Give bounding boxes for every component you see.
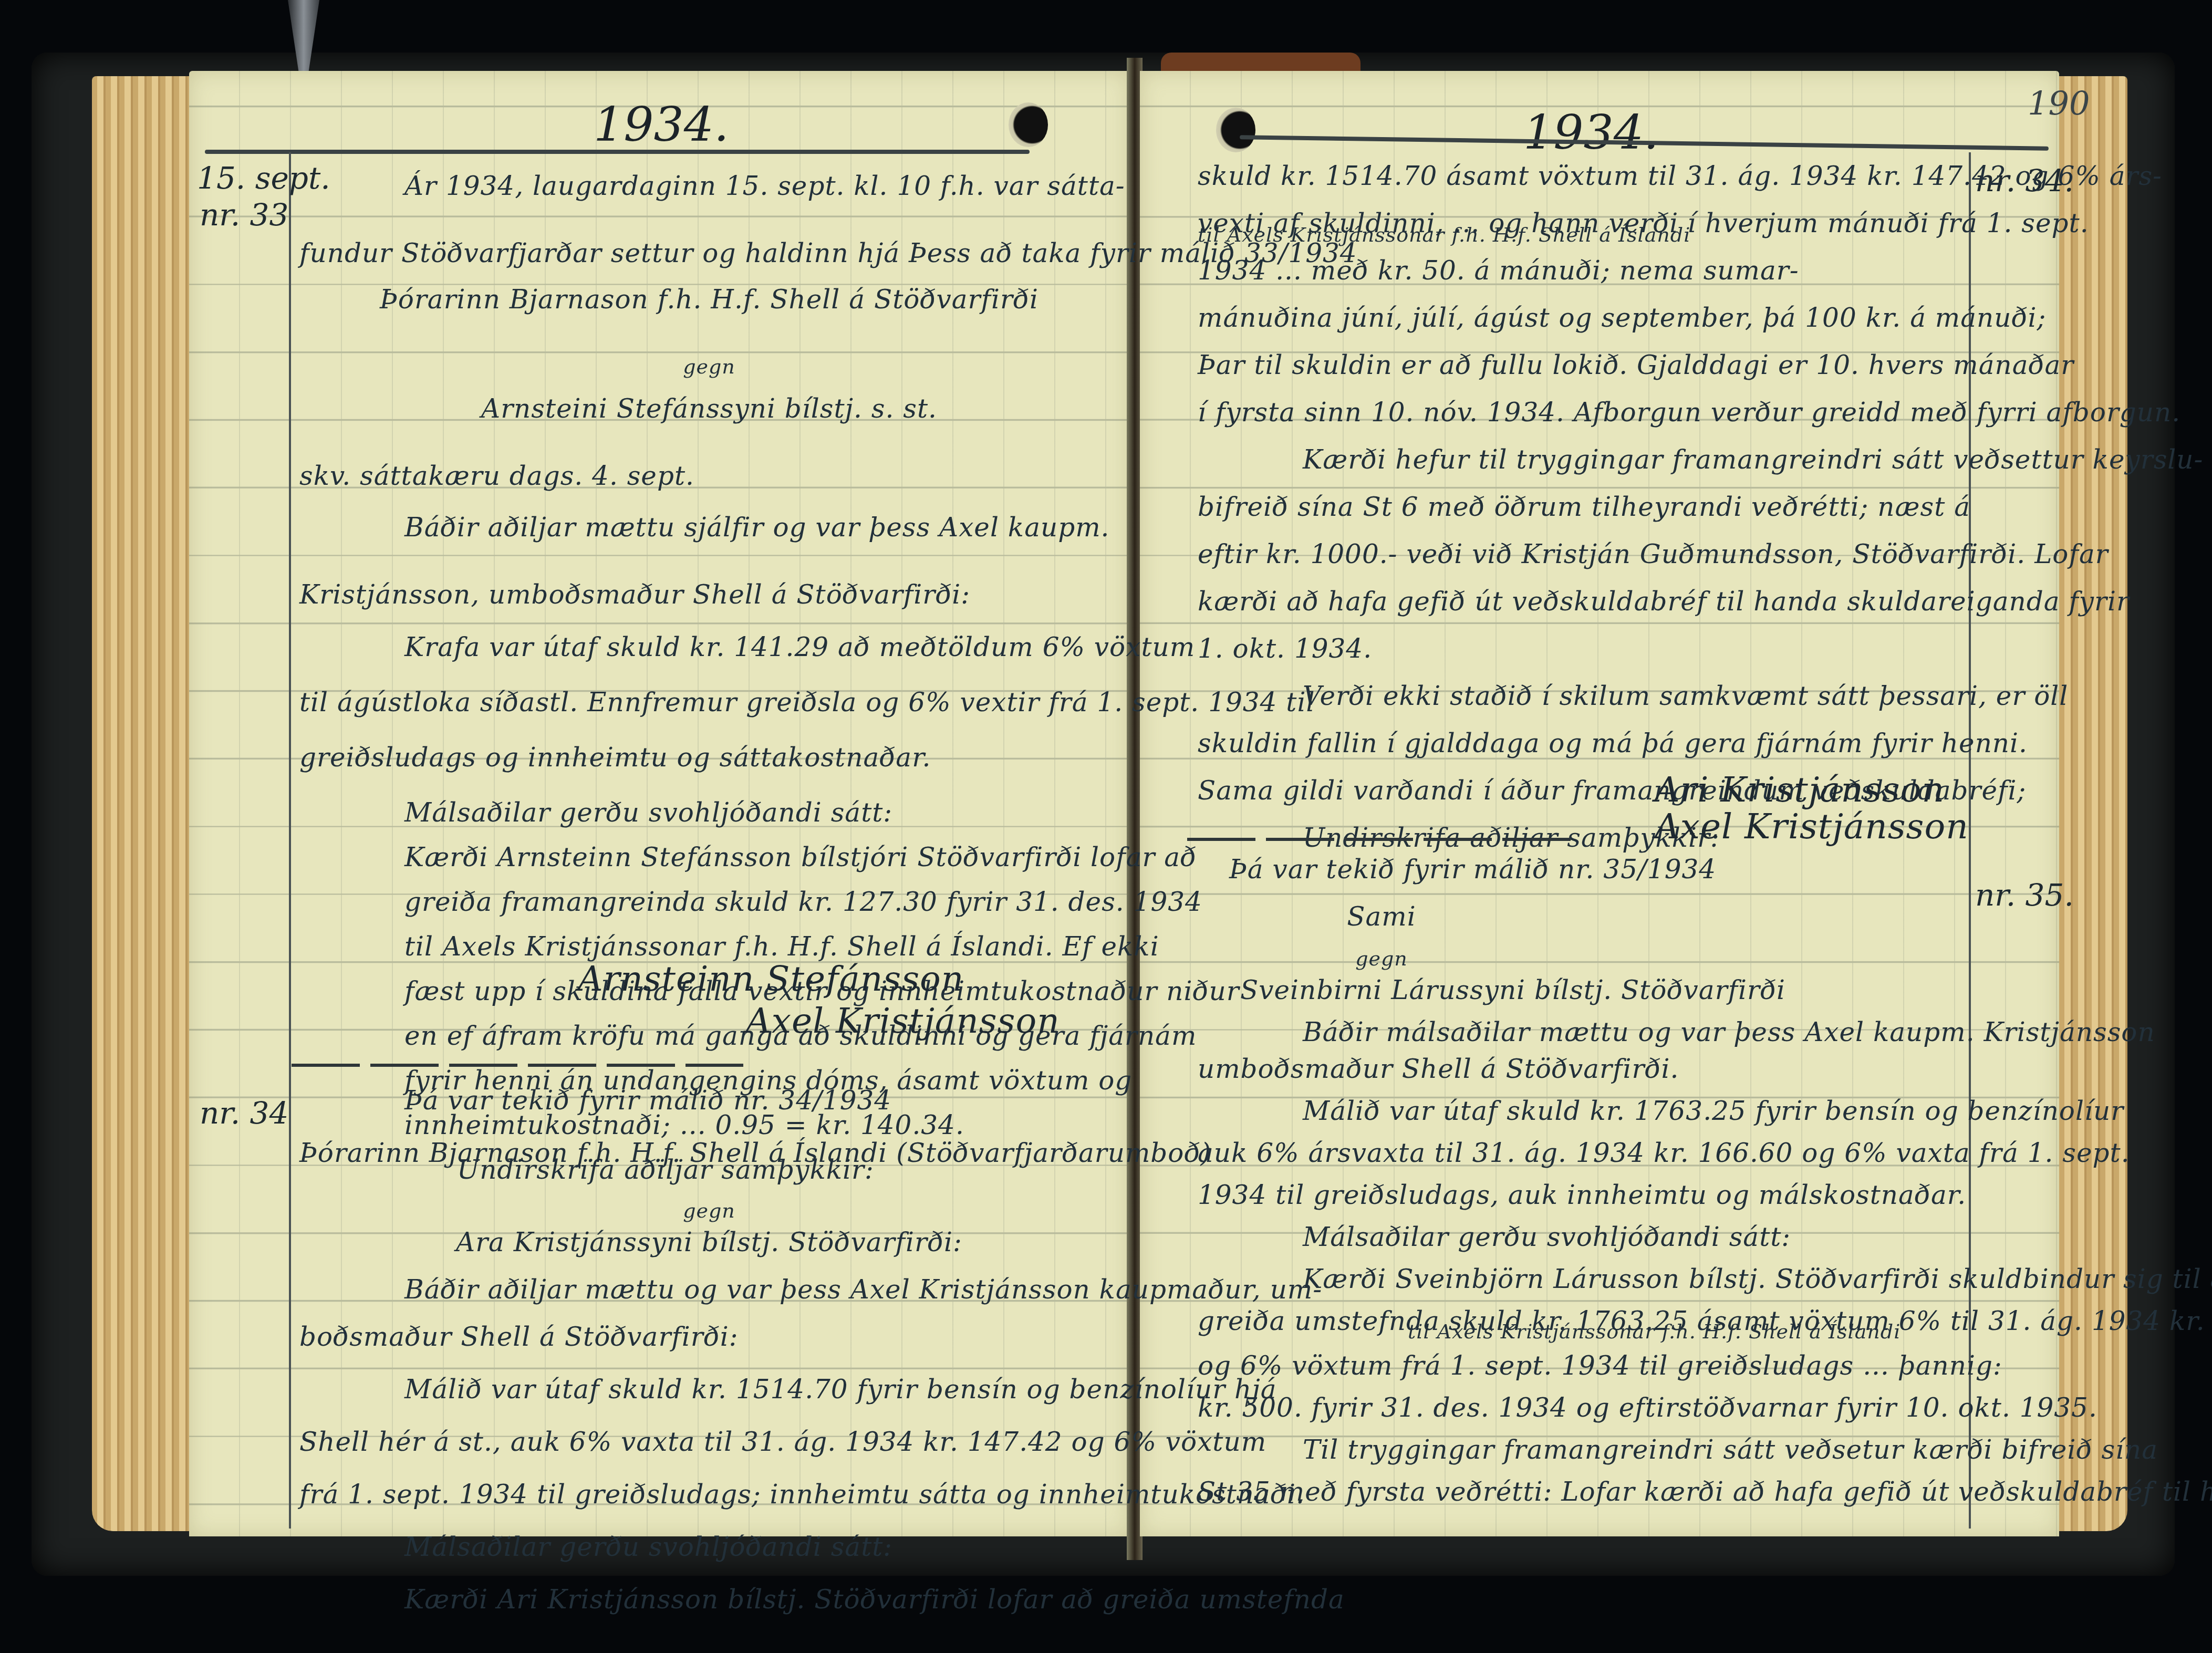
text-line: Kærði hefur til tryggingar framangreindr… [1198, 436, 1959, 483]
text-line: Málsaðilar gerðu svohljóðandi sátt: [299, 779, 1119, 824]
text-line: 1934 til greiðsludags, auk innheimtu og … [1198, 1171, 1959, 1213]
text-line: Ár 1934, laugardaginn 15. sept. kl. 10 f… [299, 152, 1119, 220]
text-line: Málið var útaf skuld kr. 1514.70 fyrir b… [299, 1363, 1119, 1416]
text-line: Kærði Ari Kristjánsson bílstj. Stöðvarfi… [299, 1573, 1119, 1626]
party-plaintiff: Sami [1198, 893, 1565, 935]
entry-34-text: Þá var tekið fyrir málið nr. 34/1934 Þór… [299, 1074, 1119, 1626]
text-line: greiða umstefnda skuld kr. 1763.25 ásamt… [1198, 1297, 1959, 1321]
text-line: Málsaðilar gerðu svohljóðandi sátt: [299, 1521, 1119, 1573]
entry-34-continued-text: skuld kr. 1514.70 ásamt vöxtum til 31. á… [1198, 152, 1959, 861]
text-line: Málið var útaf skuld kr. 1763.25 fyrir b… [1198, 1087, 1959, 1129]
text-line: Til tryggingar framangreindri sátt veðse… [1198, 1426, 1959, 1468]
year-header-left: 1934. [594, 97, 729, 152]
text-line: boðsmaður Shell á Stöðvarfirði: [299, 1311, 1119, 1363]
text-line: Þá var tekið fyrir málið nr. 34/1934 [299, 1074, 1119, 1127]
versus-label: gegn [299, 333, 1119, 375]
left-page-stack-edge [92, 76, 192, 1531]
text-line: 1934 ... með kr. 50. á mánuði; nema suma… [1198, 247, 1959, 294]
binding-hole-icon [1216, 108, 1255, 152]
text-line: Málsaðilar gerðu svohljóðandi sátt: [1198, 1213, 1959, 1255]
signature: Axel Kristjánsson [746, 987, 1060, 1055]
text-line: auk 6% ársvaxta til 31. ág. 1934 kr. 166… [1198, 1129, 1959, 1171]
text-line: kærði að hafa gefið út veðskuldabréf til… [1198, 578, 1959, 625]
text-line: Báðir málsaðilar mættu og var þess Axel … [1198, 1009, 1959, 1045]
text-line: bifreið sína St 6 með öðrum tilheyrandi … [1198, 483, 1959, 531]
party-defendant: Arnsteini Stefánssyni bílstj. s. st. [299, 375, 1119, 442]
margin-case-number: nr. 34 [200, 1095, 288, 1131]
book-spine [1161, 53, 1361, 74]
text-line: umboðsmaður Shell á Stöðvarfirði. [1198, 1045, 1959, 1087]
text-line: greiða framangreinda skuld kr. 127.30 fy… [299, 868, 1119, 913]
text-line: greiðsludags og innheimtu og sáttakostna… [299, 724, 1119, 779]
text-line: vexti af skuldinni, ... og hann verði í … [1198, 200, 1959, 223]
versus-label: gegn [299, 1184, 1119, 1216]
text-line: í fyrsta sinn 10. nóv. 1934. Afborgun ve… [1198, 389, 1959, 436]
text-line: Þá var tekið fyrir málið nr. 35/1934 [1198, 846, 1959, 893]
text-line: kr. 500. fyrir 31. des. 1934 og eftirstö… [1198, 1384, 1959, 1426]
text-line: St 35 með fyrsta veðrétti: Lofar kærði a… [1198, 1468, 1959, 1510]
text-line: mánuðina júní, júlí, ágúst og september,… [1198, 294, 1959, 341]
text-line: Kristjánsson, umboðsmaður Shell á Stöðva… [299, 561, 1119, 614]
margin-case-number: nr. 35. [1975, 877, 2074, 913]
text-line: Báðir aðiljar mættu og var þess Axel Kri… [299, 1263, 1119, 1311]
text-line: Kærði Arnsteinn Stefánsson bílstjóri Stö… [299, 824, 1119, 868]
entry-35-text: Þá var tekið fyrir málið nr. 35/1934 Sam… [1198, 846, 1959, 1510]
text-line: skuld kr. 1514.70 ásamt vöxtum til 31. á… [1198, 152, 1959, 200]
text-line: Verði ekki staðið í skilum samkvæmt sátt… [1198, 672, 1959, 720]
party-plaintiff: Þórarinn Bjarnason f.h. H.f. Shell á Stö… [299, 266, 1119, 333]
page-number: 190 [2028, 84, 2090, 122]
text-line: Krafa var útaf skuld kr. 141.29 að meðtö… [299, 614, 1119, 669]
party-defendant: Sveinbirni Lárussyni bílstj. Stöðvarfirð… [1198, 966, 1828, 1009]
entry-divider [292, 1064, 743, 1067]
text-line: frá 1. sept. 1934 til greiðsludags; innh… [299, 1468, 1119, 1521]
text-line: Þar til skuldin er að fullu lokið. Gjald… [1198, 341, 1959, 389]
entry-divider [1187, 838, 1571, 841]
party-plaintiff: Þórarinn Bjarnason f.h. H.f. Shell á Ísl… [299, 1127, 1119, 1184]
text-line: 1. okt. 1934. [1198, 625, 1959, 672]
party-defendant: Ara Kristjánssyni bílstj. Stöðvarfirði: [299, 1216, 1119, 1263]
text-line: eftir kr. 1000.- veði við Kristján Guðmu… [1198, 531, 1959, 578]
versus-label: gegn [1198, 935, 1565, 966]
text-line: Báðir aðiljar mættu sjálfir og var þess … [299, 494, 1119, 561]
text-line: og 6% vöxtum frá 1. sept. 1934 til greið… [1198, 1342, 1959, 1384]
text-line: Shell hér á st., auk 6% vaxta til 31. ág… [299, 1416, 1119, 1468]
binding-hole-icon [1009, 102, 1048, 147]
text-line: til ágústloka síðastl. Ennfremur greiðsl… [299, 669, 1119, 724]
margin-column-line [289, 152, 291, 1529]
text-line: Kærði Sveinbjörn Lárusson bílstj. Stöðva… [1198, 1255, 1959, 1297]
margin-case-number: nr. 33 [200, 197, 288, 233]
